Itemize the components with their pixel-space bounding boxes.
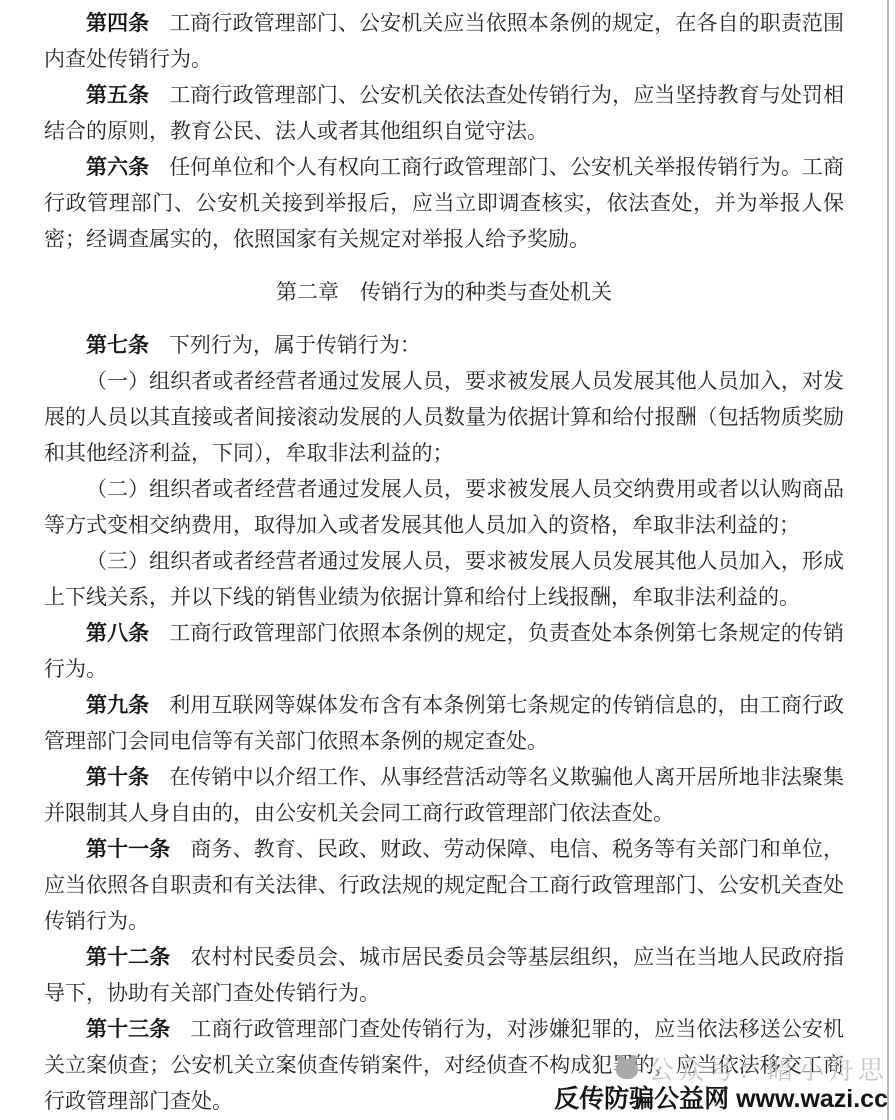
article-number: 第十一条 bbox=[86, 837, 170, 861]
article-number: 第八条 bbox=[86, 621, 149, 645]
item-text: （一）组织者或者经营者通过发展人员，要求被发展人员发展其他人员加入，对发展的人员… bbox=[44, 369, 844, 465]
article-number: 第七条 bbox=[86, 333, 149, 357]
article-number: 第六条 bbox=[86, 155, 149, 179]
article-text: 任何单位和个人有权向工商行政管理部门、公安机关举报传销行为。工商行政管理部门、公… bbox=[44, 155, 844, 251]
paragraph-article-4: 第四条工商行政管理部门、公安机关应当依照本条例的规定，在各自的职责范围内查处传销… bbox=[44, 5, 844, 77]
official-account-icon bbox=[616, 1059, 638, 1079]
page-right-border bbox=[887, 0, 889, 1120]
article-number: 第十三条 bbox=[86, 1017, 170, 1041]
item-text: （二）组织者或者经营者通过发展人员，要求被发展人员交纳费用或者以认购商品等方式变… bbox=[44, 477, 844, 537]
paragraph-article-8: 第八条工商行政管理部门依照本条例的规定，负责查处本条例第七条规定的传销行为。 bbox=[44, 615, 844, 687]
article-text: 在传销中以介绍工作、从事经营活动等名义欺骗他人离开居所地非法聚集并限制其人身自由… bbox=[44, 765, 844, 825]
paragraph-item-3: （三）组织者或者经营者通过发展人员，要求被发展人员发展其他人员加入，形成上下线关… bbox=[44, 543, 844, 615]
article-number: 第九条 bbox=[86, 693, 149, 717]
article-text: 工商行政管理部门、公安机关依法查处传销行为，应当坚持教育与处罚相结合的原则，教育… bbox=[44, 83, 844, 143]
article-number: 第五条 bbox=[86, 83, 149, 107]
article-text: 工商行政管理部门依照本条例的规定，负责查处本条例第七条规定的传销行为。 bbox=[44, 621, 844, 681]
chapter-title: 传销行为的种类与查处机关 bbox=[360, 280, 612, 304]
article-number: 第十条 bbox=[86, 765, 149, 789]
article-number: 第四条 bbox=[86, 11, 149, 35]
chapter-number: 第二章 bbox=[276, 280, 339, 304]
paragraph-article-10: 第十条在传销中以介绍工作、从事经营活动等名义欺骗他人离开居所地非法聚集并限制其人… bbox=[44, 759, 844, 831]
paragraph-article-6: 第六条任何单位和个人有权向工商行政管理部门、公安机关举报传销行为。工商行政管理部… bbox=[44, 149, 844, 257]
paragraph-article-9: 第九条利用互联网等媒体发布含有本条例第七条规定的传销信息的，由工商行政管理部门会… bbox=[44, 687, 844, 759]
article-number: 第十二条 bbox=[86, 945, 170, 969]
document-page: 第四条工商行政管理部门、公安机关应当依照本条例的规定，在各自的职责范围内查处传销… bbox=[0, 0, 895, 1120]
site-watermark-banner: 反传防骗公益网 www.wazi.cc bbox=[554, 1079, 888, 1115]
paragraph-article-11: 第十一条商务、教育、民政、财政、劳动保障、电信、税务等有关部门和单位，应当依照各… bbox=[44, 831, 844, 939]
article-text: 下列行为，属于传销行为： bbox=[169, 333, 421, 357]
article-text: 利用互联网等媒体发布含有本条例第七条规定的传销信息的，由工商行政管理部门会同电信… bbox=[44, 693, 844, 753]
paragraph-item-2: （二）组织者或者经营者通过发展人员，要求被发展人员交纳费用或者以认购商品等方式变… bbox=[44, 471, 844, 543]
item-text: （三）组织者或者经营者通过发展人员，要求被发展人员发展其他人员加入，形成上下线关… bbox=[44, 549, 844, 609]
document-body: 第四条工商行政管理部门、公安机关应当依照本条例的规定，在各自的职责范围内查处传销… bbox=[44, 5, 844, 1119]
paragraph-item-1: （一）组织者或者经营者通过发展人员，要求被发展人员发展其他人员加入，对发展的人员… bbox=[44, 363, 844, 471]
paragraph-article-12: 第十二条农村村民委员会、城市居民委员会等基层组织，应当在当地人民政府指导下，协助… bbox=[44, 939, 844, 1011]
paragraph-article-7: 第七条下列行为，属于传销行为： bbox=[44, 327, 844, 363]
paragraph-article-5: 第五条工商行政管理部门、公安机关依法查处传销行为，应当坚持教育与处罚相结合的原则… bbox=[44, 77, 844, 149]
chapter-heading: 第二章传销行为的种类与查处机关 bbox=[44, 274, 844, 310]
article-text: 工商行政管理部门、公安机关应当依照本条例的规定，在各自的职责范围内查处传销行为。 bbox=[44, 11, 844, 71]
